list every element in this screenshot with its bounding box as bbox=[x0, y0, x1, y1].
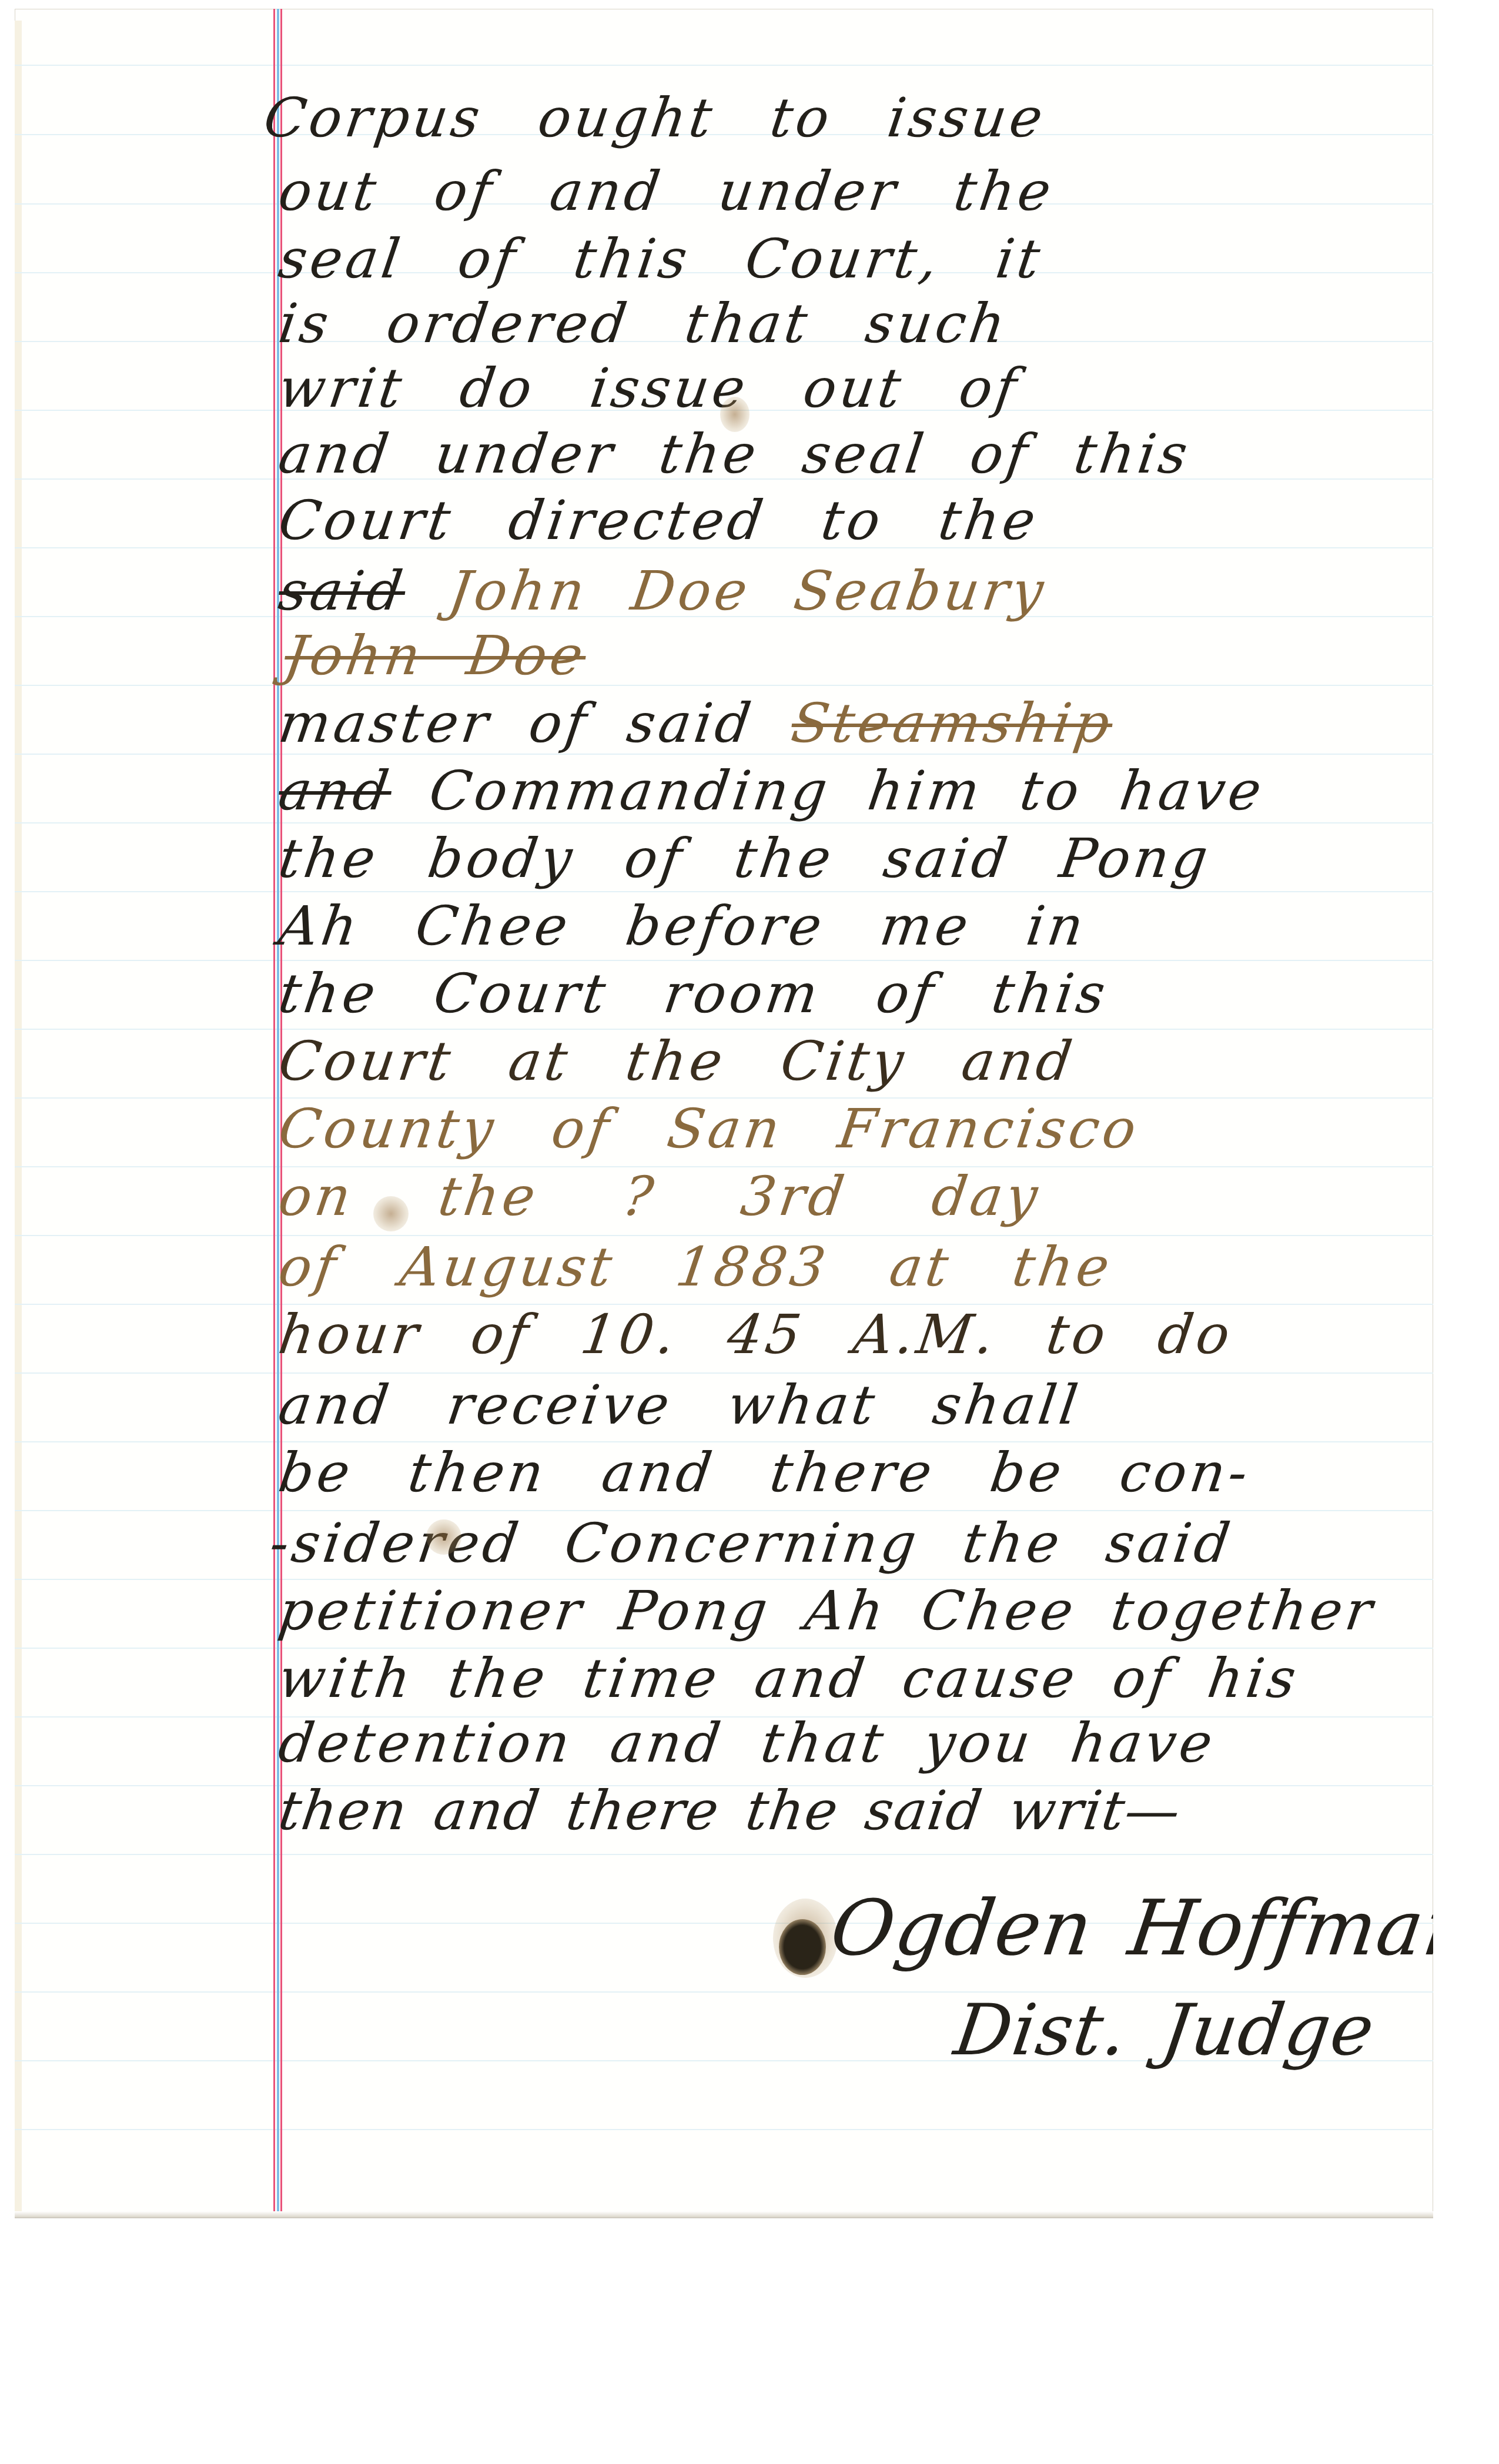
text-line-11: and Commanding him to have bbox=[276, 764, 1269, 818]
text-line-12: the body of the said Pong bbox=[276, 832, 1214, 886]
text-line-22: -sidered Concerning the said bbox=[267, 1516, 1237, 1571]
ruled-line bbox=[15, 2129, 1433, 2130]
struck-word: Steamship bbox=[788, 692, 1117, 755]
ruled-line bbox=[15, 822, 1433, 823]
text-line-16: County of San Francisco bbox=[276, 1102, 1143, 1156]
ink-stain bbox=[426, 1519, 461, 1555]
master-of-said: master of said bbox=[275, 692, 758, 755]
text-line-7: Court directed to the bbox=[276, 494, 1042, 548]
ink-blot bbox=[779, 1919, 826, 1975]
text-line-6: and under the seal of this bbox=[276, 427, 1194, 481]
text-line-14: the Court room of this bbox=[276, 967, 1112, 1021]
commanding-text: Commanding him to have bbox=[426, 759, 1269, 822]
ruled-line bbox=[15, 65, 1433, 66]
text-line-1: Corpus ought to issue bbox=[261, 91, 1049, 145]
text-line-26: then and there the said writ— bbox=[276, 1784, 1185, 1838]
text-line-5: writ do issue out of bbox=[276, 361, 1023, 416]
paper-bottom-edge bbox=[15, 2211, 1433, 2217]
signature-name: Ogden Hoffman bbox=[827, 1890, 1433, 1966]
text-line-2: out of and under the bbox=[276, 165, 1058, 219]
text-line-4: is ordered that such bbox=[276, 297, 1012, 351]
text-line-9: John Doe bbox=[282, 629, 590, 683]
signature-title: Dist. Judge bbox=[951, 1996, 1380, 2066]
text-line-23: petitioner Pong Ah Chee together bbox=[276, 1584, 1379, 1638]
text-line-21: be then and there be con- bbox=[276, 1446, 1254, 1500]
ruled-line bbox=[15, 685, 1433, 686]
ink-stain bbox=[373, 1196, 409, 1231]
ruled-line bbox=[15, 960, 1433, 961]
text-line-19: hour of 10. 45 A.M. to do bbox=[276, 1308, 1237, 1362]
ruled-line bbox=[15, 891, 1433, 892]
text-line-8: said John Doe Seabury bbox=[276, 564, 1050, 618]
struck-name: John Doe bbox=[281, 624, 591, 687]
text-line-3: seal of this Court, it bbox=[276, 232, 1047, 286]
text-line-20: and receive what shall bbox=[276, 1378, 1085, 1432]
ruled-line bbox=[15, 1854, 1433, 1855]
text-line-24: with the time and cause of his bbox=[276, 1652, 1303, 1706]
text-line-18: of August 1883 at the bbox=[276, 1240, 1116, 1294]
text-line-13: Ah Chee before me in bbox=[276, 899, 1090, 953]
struck-word: and bbox=[275, 759, 396, 822]
ink-stain bbox=[720, 397, 749, 432]
paper-sheet: Corpus ought to issue out of and under t… bbox=[15, 9, 1433, 2217]
struck-word: said bbox=[275, 560, 410, 622]
ruled-line bbox=[15, 1510, 1433, 1511]
inserted-name: John Doe Seabury bbox=[445, 560, 1050, 622]
margin-line-red bbox=[273, 9, 275, 2217]
text-line-15: Court at the City and bbox=[276, 1035, 1079, 1089]
text-line-10: master of said Steamship bbox=[276, 697, 1117, 751]
text-line-25: detention and that you have bbox=[276, 1716, 1219, 1770]
